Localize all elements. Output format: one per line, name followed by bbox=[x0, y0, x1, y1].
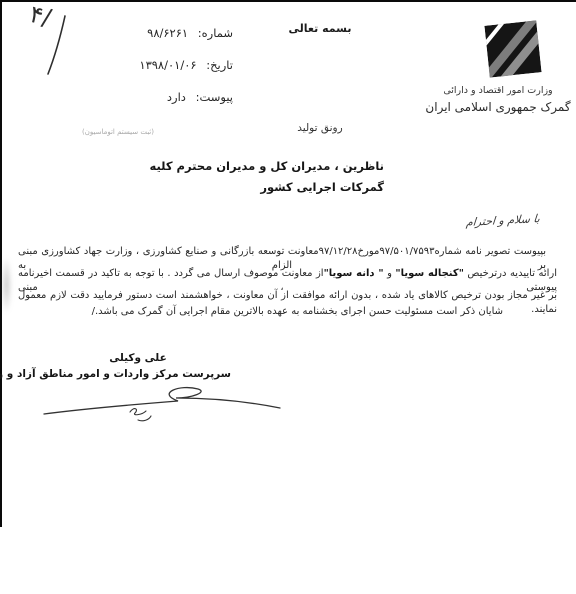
body-line-4: شایان ذکر است مسئولیت حسن اجرای بخشنامه … bbox=[92, 305, 503, 319]
letter-number-row: شماره: ۹۸/۶۲۶۱ bbox=[139, 24, 233, 42]
handwritten-corner-slash-icon bbox=[18, 8, 70, 78]
ministry-name: وزارت امور اقتصاد و دارائی bbox=[420, 85, 576, 96]
body-line-2-text: ارائه تاییدیه درترخیص bbox=[464, 268, 557, 279]
letter-date-label: تاریخ: bbox=[206, 58, 233, 72]
recipient-line-1: ناظرین ، مدیران کل و مدیران محترم کلیه bbox=[149, 156, 384, 177]
scan-top-edge-line bbox=[0, 0, 576, 2]
scan-smudge bbox=[1, 256, 12, 314]
signatory-name: علی وکیلی bbox=[58, 352, 218, 364]
recipient-line-2: گمرکات اجرایی کشور bbox=[149, 177, 384, 198]
customs-logo-icon bbox=[481, 14, 545, 82]
customs-administration-name: گمرک جمهوری اسلامی ایران bbox=[416, 100, 576, 114]
bold-soy-meal: "کنجاله سویا" bbox=[395, 268, 464, 279]
letter-attachment-value: دارد bbox=[167, 90, 186, 104]
letter-meta-block: شماره: ۹۸/۶۲۶۱ تاریخ: ۱۳۹۸/۰۱/۰۶ پیوست: … bbox=[139, 24, 233, 120]
year-slogan: رونق تولید bbox=[284, 122, 356, 134]
letter-date-row: تاریخ: ۱۳۹۸/۰۱/۰۶ bbox=[139, 56, 233, 74]
body-line-2-conjunction: و bbox=[384, 268, 396, 279]
letter-number-value: ۹۸/۶۲۶۱ bbox=[147, 26, 188, 40]
bold-soy-bean: " دانه سویا" bbox=[324, 268, 384, 279]
handwritten-greeting: با سلام و احترام bbox=[466, 212, 541, 229]
automation-registration-note: (ثبت سیستم اتوماسیون) bbox=[70, 128, 166, 136]
recipient-block: ناظرین ، مدیران کل و مدیران محترم کلیه گ… bbox=[149, 156, 384, 198]
scanned-letter-page: ۴/ شماره: ۹۸/۶۲۶۱ تاریخ: ۱۳۹۸/۰۱/۰۶ پیوس… bbox=[0, 0, 576, 594]
handwritten-signature-icon bbox=[40, 383, 285, 425]
letter-number-label: شماره: bbox=[198, 26, 233, 40]
signatory-title: سرپرست مرکز واردات و امور مناطق آزاد و و… bbox=[0, 368, 231, 380]
letter-date-value: ۱۳۹۸/۰۱/۰۶ bbox=[139, 58, 196, 72]
letter-attachment-row: پیوست: دارد bbox=[139, 88, 233, 106]
letter-attachment-label: پیوست: bbox=[196, 90, 233, 104]
besmellah-heading: بسمه تعالی bbox=[284, 22, 356, 35]
